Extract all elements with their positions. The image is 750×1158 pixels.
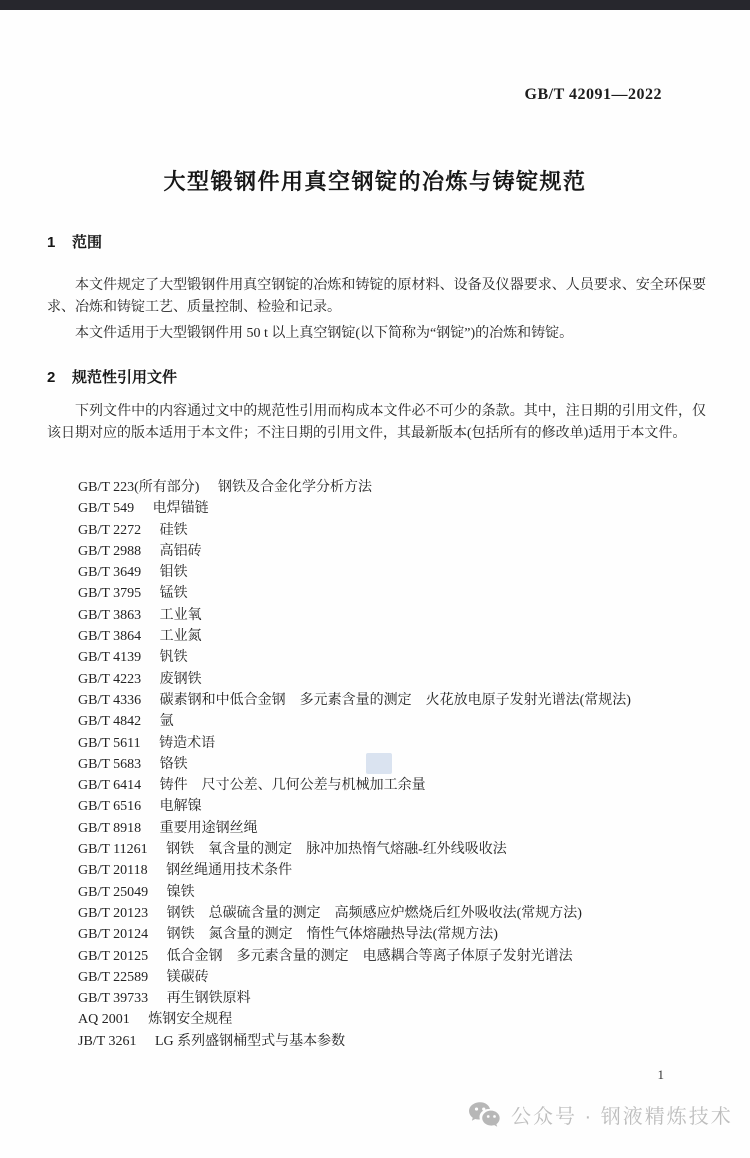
document-page: GB/T 42091—2022 大型锻钢件用真空钢锭的冶炼与铸锭规范 1范围 本… [0, 0, 750, 1158]
section-number: 1 [47, 234, 72, 251]
reference-title: 钒铁 [160, 650, 188, 665]
reference-item: GB/T 4139 钒铁 [78, 647, 720, 668]
reference-item: GB/T 6516 电解镍 [78, 796, 720, 817]
reference-code: GB/T 20123 [78, 903, 148, 924]
reference-title: 电解镍 [160, 799, 202, 814]
reference-code: GB/T 4223 [78, 669, 141, 690]
reference-title: 工业氮 [160, 629, 202, 644]
reference-code: GB/T 223(所有部分) [78, 477, 199, 498]
reference-code: GB/T 39733 [78, 988, 148, 1009]
reference-title: 炼钢安全规程 [148, 1012, 232, 1027]
reference-title: 锰铁 [160, 586, 188, 601]
reference-item: GB/T 22589 镁碳砖 [78, 967, 720, 988]
reference-item: GB/T 4223 废钢铁 [78, 669, 720, 690]
reference-title: 氩 [160, 714, 174, 729]
reference-item: GB/T 11261 钢铁 氧含量的测定 脉冲加热惰气熔融-红外线吸收法 [78, 839, 720, 860]
reference-title: 重要用途钢丝绳 [160, 821, 258, 836]
reference-item: GB/T 20125 低合金钢 多元素含量的测定 电感耦合等离子体原子发射光谱法 [78, 946, 720, 967]
reference-title: LG 系列盛钢桶型式与基本参数 [155, 1034, 345, 1049]
reference-code: GB/T 3649 [78, 562, 141, 583]
reference-title: 硅铁 [160, 523, 188, 538]
reference-item: GB/T 39733 再生钢铁原料 [78, 988, 720, 1009]
reference-title: 铬铁 [160, 757, 188, 772]
reference-item: GB/T 3863 工业氧 [78, 605, 720, 626]
reference-title: 再生钢铁原料 [167, 991, 251, 1006]
section-heading-scope: 1范围 [47, 231, 102, 252]
section-heading-label: 规范性引用文件 [72, 369, 177, 386]
reference-item: GB/T 2988 高铝砖 [78, 541, 720, 562]
reference-title: 铸造术语 [159, 736, 215, 751]
reference-code: GB/T 6414 [78, 775, 141, 796]
scope-paragraph-2: 本文件适用于大型锻钢件用 50 t 以上真空钢锭(以下简称为“钢锭”)的冶炼和铸… [47, 323, 706, 345]
wechat-icon [468, 1101, 502, 1129]
reference-title: 铸件 尺寸公差、几何公差与机械加工余量 [160, 778, 426, 793]
reference-code: GB/T 3863 [78, 605, 141, 626]
reference-title: 废钢铁 [160, 672, 202, 687]
reference-code: GB/T 2988 [78, 541, 141, 562]
reference-item: GB/T 20118 钢丝绳通用技术条件 [78, 860, 720, 881]
wechat-watermark-label: 公众号 · 钢液精炼技术 [511, 1100, 733, 1129]
reference-title: 钢铁 氧含量的测定 脉冲加热惰气熔融-红外线吸收法 [166, 842, 507, 857]
reference-title: 工业氧 [160, 608, 202, 623]
reference-code: GB/T 549 [78, 498, 134, 519]
reference-item: GB/T 3795 锰铁 [78, 583, 720, 604]
reference-item: GB/T 549 电焊锚链 [78, 498, 720, 519]
section-heading-references: 2规范性引用文件 [47, 366, 177, 387]
reference-code: GB/T 6516 [78, 796, 141, 817]
reference-item: GB/T 8918 重要用途钢丝绳 [78, 818, 720, 839]
standard-number: GB/T 42091—2022 [525, 86, 662, 104]
reference-code: GB/T 5611 [78, 733, 141, 754]
reference-item: GB/T 6414 铸件 尺寸公差、几何公差与机械加工余量 [78, 775, 720, 796]
reference-item: GB/T 223(所有部分) 钢铁及合金化学分析方法 [78, 477, 720, 498]
reference-code: GB/T 20124 [78, 924, 148, 945]
reference-title: 镍铁 [167, 885, 195, 900]
reference-title: 钼铁 [160, 565, 188, 580]
reference-item: GB/T 4336 碳素钢和中低合金钢 多元素含量的测定 火花放电原子发射光谱法… [78, 690, 720, 711]
reference-code: JB/T 3261 [78, 1031, 136, 1052]
reference-item: GB/T 3649 钼铁 [78, 562, 720, 583]
wechat-watermark: 公众号 · 钢液精炼技术 [468, 1100, 733, 1129]
reference-title: 钢铁 总碳硫含量的测定 高频感应炉燃烧后红外吸收法(常规方法) [167, 906, 582, 921]
reference-item: JB/T 3261 LG 系列盛钢桶型式与基本参数 [78, 1031, 720, 1052]
reference-code: GB/T 4139 [78, 647, 141, 668]
reference-item: GB/T 5611 铸造术语 [78, 733, 720, 754]
reference-code: AQ 2001 [78, 1009, 130, 1030]
page-number: 1 [658, 1067, 665, 1083]
reference-code: GB/T 2272 [78, 520, 141, 541]
reference-title: 高铝砖 [160, 544, 202, 559]
reference-code: GB/T 25049 [78, 882, 148, 903]
reference-title: 镁碳砖 [167, 970, 209, 985]
reference-item: GB/T 4842 氩 [78, 711, 720, 732]
references-intro-paragraph: 下列文件中的内容通过文中的规范性引用而构成本文件必不可少的条款。其中，注日期的引… [47, 401, 706, 445]
reference-title: 钢铁 氮含量的测定 惰性气体熔融热导法(常规方法) [167, 927, 498, 942]
reference-title: 碳素钢和中低合金钢 多元素含量的测定 火花放电原子发射光谱法(常规法) [160, 693, 631, 708]
scope-paragraph-1: 本文件规定了大型锻钢件用真空钢锭的冶炼和铸锭的原材料、设备及仪器要求、人员要求、… [47, 275, 706, 319]
reference-title: 低合金钢 多元素含量的测定 电感耦合等离子体原子发射光谱法 [167, 949, 573, 964]
reference-item: AQ 2001 炼钢安全规程 [78, 1009, 720, 1030]
reference-code: GB/T 22589 [78, 967, 148, 988]
reference-item: GB/T 2272 硅铁 [78, 520, 720, 541]
reference-title: 电焊锚链 [153, 501, 209, 516]
reference-code: GB/T 20125 [78, 946, 148, 967]
reference-item: GB/T 5683 铬铁 [78, 754, 720, 775]
reference-title: 钢丝绳通用技术条件 [166, 863, 292, 878]
reference-code: GB/T 11261 [78, 839, 148, 860]
document-title: 大型锻钢件用真空钢锭的冶炼与铸锭规范 [0, 165, 750, 196]
reference-item: GB/T 20123 钢铁 总碳硫含量的测定 高频感应炉燃烧后红外吸收法(常规方… [78, 903, 720, 924]
reference-item: GB/T 3864 工业氮 [78, 626, 720, 647]
reference-code: GB/T 8918 [78, 818, 141, 839]
reference-code: GB/T 4842 [78, 711, 141, 732]
section-number: 2 [47, 369, 72, 386]
reference-code: GB/T 20118 [78, 860, 148, 881]
reference-item: GB/T 20124 钢铁 氮含量的测定 惰性气体熔融热导法(常规方法) [78, 924, 720, 945]
reference-code: GB/T 3864 [78, 626, 141, 647]
reference-code: GB/T 3795 [78, 583, 141, 604]
top-bar [0, 0, 750, 10]
reference-item: GB/T 25049 镍铁 [78, 882, 720, 903]
normative-reference-list: GB/T 223(所有部分) 钢铁及合金化学分析方法 GB/T 549 电焊锚链… [78, 477, 720, 1052]
reference-code: GB/T 4336 [78, 690, 141, 711]
faint-blue-watermark [366, 753, 392, 774]
reference-title: 钢铁及合金化学分析方法 [218, 480, 372, 495]
section-heading-label: 范围 [72, 234, 102, 251]
reference-code: GB/T 5683 [78, 754, 141, 775]
